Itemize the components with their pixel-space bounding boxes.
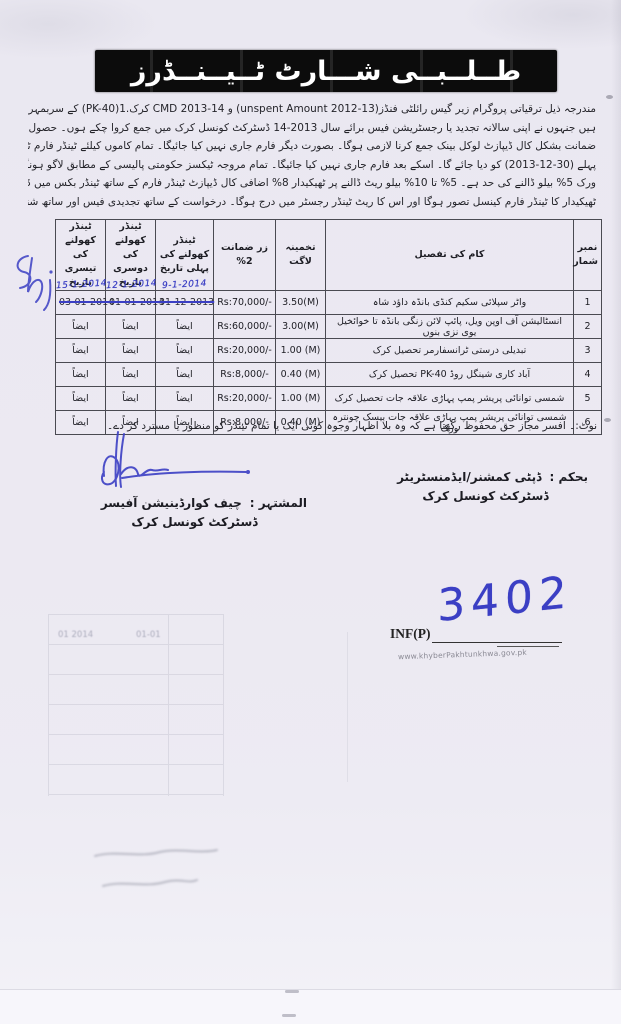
stamp-underline bbox=[432, 642, 562, 643]
notice-body: مندرجہ ذیل ترقیاتی پروگرام زیر گیس رائلٹ… bbox=[28, 100, 596, 212]
margin-pen-mark bbox=[606, 95, 613, 99]
struck-printed-date: 31-12-2013 bbox=[159, 297, 214, 308]
page-title: طــلــبــی شـــارٹ ٹــیــنــڈرز bbox=[131, 56, 521, 87]
col-earnest-money: زر ضمانت 2% bbox=[214, 220, 276, 291]
ditto-cell: ایضاً bbox=[56, 387, 106, 411]
body-line: ٹھیکیدار کا ٹینڈر فارم کینسل تصور ہوگا ا… bbox=[28, 193, 596, 212]
ditto-cell: ایضاً bbox=[156, 363, 214, 387]
serial-cell: 2 bbox=[574, 315, 602, 339]
bleed-through-text: 01-01 bbox=[136, 630, 161, 640]
table-row: 5 شمسی توانائی پریشر پمپ پہاڑی علاقہ جات… bbox=[56, 387, 602, 411]
title-banner: طــلــبــی شـــارٹ ٹــیــنــڈرز bbox=[95, 50, 557, 92]
scan-bottom-edge bbox=[0, 989, 621, 1024]
ditto-cell: ایضاً bbox=[56, 363, 106, 387]
cost-cell: 1.00 (M) bbox=[276, 387, 326, 411]
cost-cell: 0.40 (M) bbox=[276, 363, 326, 387]
work-detail-cell: واٹر سپلائی سکیم کنڈی بانڈہ داؤد شاہ bbox=[326, 291, 574, 315]
col-work-detail: کام کی تفصیل bbox=[326, 220, 574, 291]
ditto-cell: ایضاً bbox=[156, 387, 214, 411]
ditto-cell: ایضاً bbox=[156, 339, 214, 363]
table-row: 3 تبدیلی درستی ٹرانسفارمر تحصیل کرک 1.00… bbox=[56, 339, 602, 363]
table-row: 4 آباد کاری شینگل روڈ PK-40 تحصیل کرک 0.… bbox=[56, 363, 602, 387]
advertiser-label: المشتہر : bbox=[250, 494, 307, 513]
scanned-tender-notice-page: طــلــبــی شـــارٹ ٹــیــنــڈرز مندرجہ ذ… bbox=[0, 0, 621, 1024]
cost-cell: 3.00(M) bbox=[276, 315, 326, 339]
ditto-cell: ایضاً bbox=[106, 387, 156, 411]
authority-org: ڈسٹرکٹ کونسل کرک bbox=[383, 487, 588, 506]
authority-signature-block: بحکم : ڈپٹی کمشنر/ایڈمنسٹریٹر ڈسٹرکٹ کون… bbox=[383, 468, 588, 506]
bleed-through-table bbox=[48, 614, 224, 796]
earnest-cell: Rs:20,000/- bbox=[214, 339, 276, 363]
handwritten-advert-number: 3402 bbox=[437, 567, 572, 632]
tender-table: نمبرشمار کام کی تفصیل تخمینہلاگت زر ضمان… bbox=[55, 219, 602, 435]
stamp-underline-second bbox=[497, 646, 559, 647]
bleed-through-script bbox=[85, 842, 225, 912]
body-line: ہیں جنہوں نے اپنی سالانہ تجدید یا رجسٹری… bbox=[28, 119, 596, 138]
earnest-cell: Rs:8,000/- bbox=[214, 363, 276, 387]
serial-cell: 3 bbox=[574, 339, 602, 363]
authority-title: ڈپٹی کمشنر/ایڈمنسٹریٹر bbox=[397, 468, 541, 487]
website-url: www.khyberPakhtunkhwa.gov.pk bbox=[398, 648, 527, 661]
ditto-cell: ایضاً bbox=[106, 315, 156, 339]
body-line: پہلے (30-12-2013) کو دیا جائے گا۔ اسکے ب… bbox=[28, 156, 596, 175]
serial-cell: 5 bbox=[574, 387, 602, 411]
advertiser-title: چیف کوارڈینیشن آفیسر bbox=[101, 494, 242, 513]
work-detail-cell: انسٹالیشن آف اوپن ویل، پائپ لائن زنگی با… bbox=[326, 315, 574, 339]
margin-pen-mark bbox=[604, 418, 611, 422]
third-date-cell: 15-1-2014 03-01-2014 bbox=[56, 291, 106, 315]
advertiser-org: ڈسٹرکٹ کونسل کرک bbox=[82, 513, 307, 532]
ditto-cell: ایضاً bbox=[56, 315, 106, 339]
scan-artifact bbox=[282, 1014, 296, 1017]
advertiser-signature-block: المشتہر : چیف کوارڈینیشن آفیسر ڈسٹرکٹ کو… bbox=[82, 494, 307, 532]
work-detail-cell: تبدیلی درستی ٹرانسفارمر تحصیل کرک bbox=[326, 339, 574, 363]
struck-printed-date: 03-01-2014 bbox=[59, 297, 114, 308]
earnest-cell: Rs:20,000/- bbox=[214, 387, 276, 411]
handwritten-date-correction: 9-1-2014 bbox=[156, 279, 213, 292]
ditto-cell: ایضاً bbox=[106, 339, 156, 363]
work-detail-cell: آباد کاری شینگل روڈ PK-40 تحصیل کرک bbox=[326, 363, 574, 387]
ditto-cell: ایضاً bbox=[56, 339, 106, 363]
bleed-through-line bbox=[347, 632, 348, 782]
body-line: ضمانت بشکل کال ڈیپازٹ لوکل بینک جمع کرنا… bbox=[28, 137, 596, 156]
serial-cell: 1 bbox=[574, 291, 602, 315]
col-estimated-cost: تخمینہلاگت bbox=[276, 220, 326, 291]
col-serial: نمبرشمار bbox=[574, 220, 602, 291]
ditto-cell: ایضاً bbox=[106, 363, 156, 387]
scan-edge-shadow bbox=[611, 0, 621, 1024]
inf-stamp-label: INF(P) bbox=[390, 626, 431, 642]
ditto-cell: ایضاً bbox=[156, 315, 214, 339]
body-line: ورک 5% بیلو ڈالنے کی حد ہے۔ 5% تا 10% بی… bbox=[28, 174, 596, 193]
table-row: 1 واٹر سپلائی سکیم کنڈی بانڈہ داؤد شاہ 3… bbox=[56, 291, 602, 315]
earnest-cell: Rs:70,000/- bbox=[214, 291, 276, 315]
earnest-cell: Rs:60,000/- bbox=[214, 315, 276, 339]
body-line: مندرجہ ذیل ترقیاتی پروگرام زیر گیس رائلٹ… bbox=[28, 100, 596, 119]
bleed-through-text: 01 2014 bbox=[58, 630, 93, 640]
table-row: 2 انسٹالیشن آف اوپن ویل، پائپ لائن زنگی … bbox=[56, 315, 602, 339]
bleed-through-line bbox=[168, 614, 169, 796]
authority-label: بحکم : bbox=[549, 468, 588, 487]
scan-smudge-top-right bbox=[461, 0, 621, 50]
work-detail-cell: شمسی توانائی پریشر پمپ پہاڑی علاقہ جات ت… bbox=[326, 387, 574, 411]
scan-artifact bbox=[285, 990, 299, 993]
handwritten-margin-initials bbox=[6, 250, 58, 322]
serial-cell: 4 bbox=[574, 363, 602, 387]
struck-printed-date: 01-01-2014 bbox=[109, 297, 164, 308]
cost-cell: 3.50(M) bbox=[276, 291, 326, 315]
cost-cell: 1.00 (M) bbox=[276, 339, 326, 363]
handwritten-signature bbox=[88, 424, 268, 502]
